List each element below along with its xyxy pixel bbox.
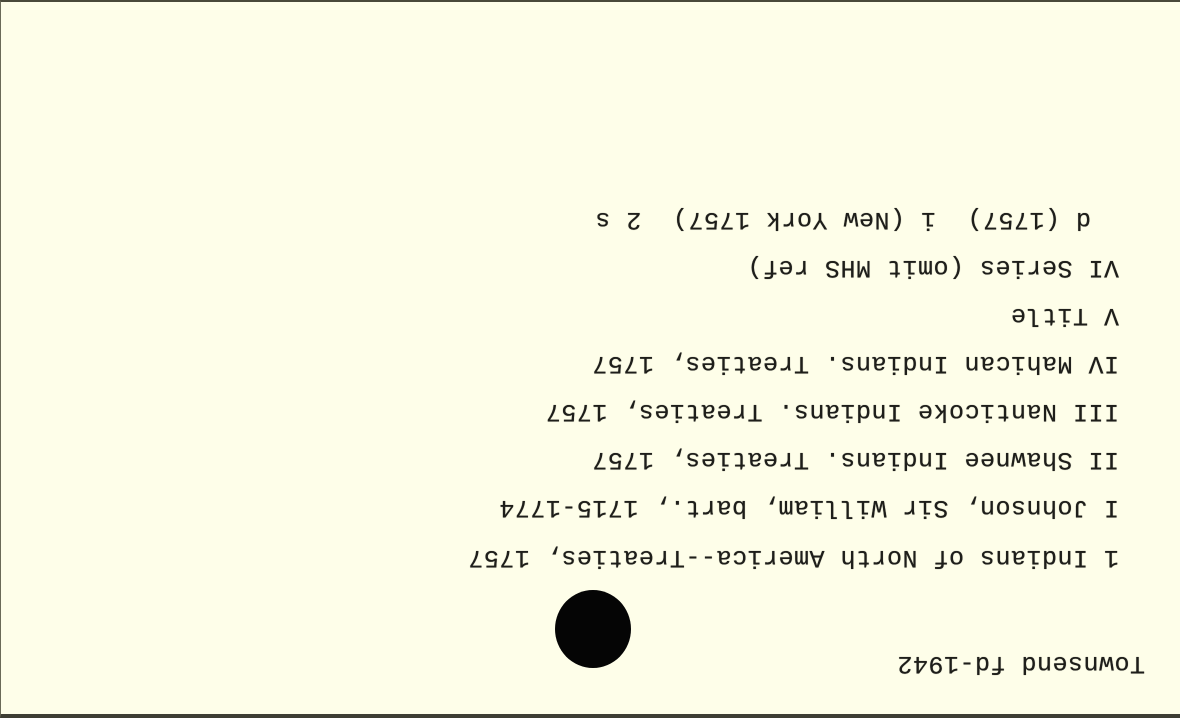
catalog-card: Townsend fd-1942 1 Indians of North Amer… — [0, 0, 1180, 718]
call-number: Townsend fd-1942 — [897, 649, 1145, 678]
card-content-rotated: Townsend fd-1942 1 Indians of North Amer… — [1, 2, 1180, 718]
tracing-added-entry-IV: IV Mahican Indians. Treaties, 1757 — [592, 349, 1119, 378]
tracing-added-entry-III: III Nanticoke Indians. Treaties, 1757 — [545, 397, 1119, 426]
punch-hole-icon — [555, 590, 631, 668]
tracing-subject-1: 1 Indians of North America--Treaties, 17… — [468, 543, 1119, 572]
imprint-note: d (1757) i (New York 1757) 2 s — [595, 205, 1091, 234]
tracing-added-entry-I: I Johnson, Sir William, bart., 1715-1774 — [499, 493, 1119, 522]
tracing-title: V Title — [1010, 301, 1119, 330]
tracing-added-entry-II: II Shawnee Indians. Treaties, 1757 — [592, 445, 1119, 474]
tracing-series: VI Series (omit MHS ref) — [747, 253, 1119, 282]
